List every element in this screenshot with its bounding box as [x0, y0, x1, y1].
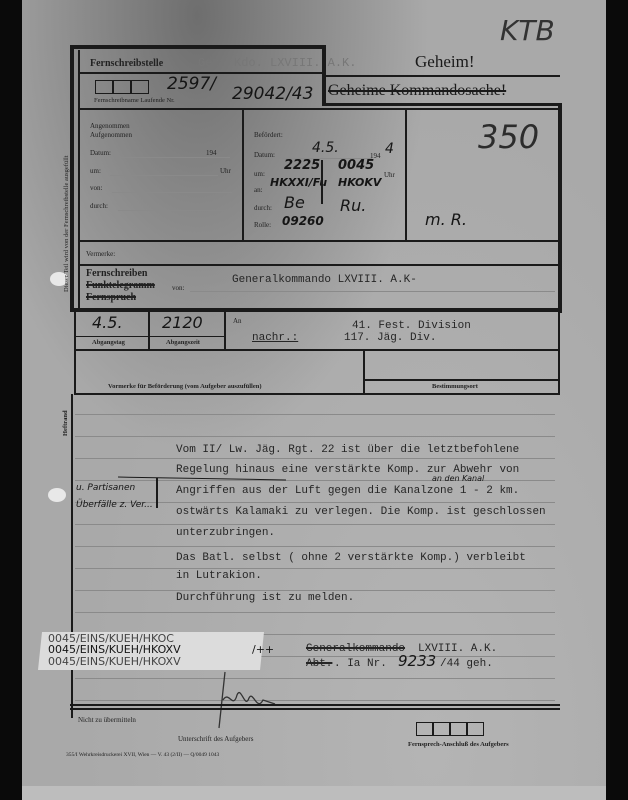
forwarded-to-2: HKOKV [338, 176, 381, 189]
forwarded-year-value: 4 [385, 141, 394, 157]
telex-box [95, 80, 113, 94]
received-year-prefix: 194 [206, 149, 217, 157]
sig-line-2-suffix: /44 geh. [440, 658, 493, 670]
body-line: ostwärts Kalamaki zu verlegen. Die Komp.… [176, 506, 546, 518]
body-line: in Lutrakion. [176, 570, 262, 582]
forwarded-time-2: 0045 [338, 158, 374, 173]
margin-note-line-2: Überfälle z. Ver... [76, 500, 153, 510]
destination-label: Bestimmungsort [432, 383, 478, 390]
forwarded-by-1: Be [284, 193, 305, 212]
dispatch-cc-label: nachr.: [252, 332, 298, 344]
type-option-funktelegramm: Funktelegramm [86, 280, 155, 291]
forwarded-to-1: HKXXI/Fu [270, 176, 327, 189]
type-option-fernspruch: Fernspruch [86, 292, 136, 303]
classification-struck: Geheime Kommandosache! [328, 82, 506, 100]
running-number: 2597/ [167, 74, 216, 94]
station-label: Fernschreibstelle [90, 58, 163, 69]
body-line: Vom II/ Lw. Jäg. Rgt. 22 ist über die le… [176, 444, 519, 456]
stamp-initials: m. R. [425, 210, 467, 229]
dispatch-time-value: 2120 [162, 313, 203, 332]
station-value: Gen. Kdo. LXVIII. A.K. [198, 56, 356, 70]
forwarded-time-label: um: [254, 170, 265, 178]
remarks-label: Vermerke: [86, 250, 115, 258]
received-time-label: um: [90, 167, 101, 175]
print-note: 355/I Wehrkreisdruckerei XVII, Wien — V.… [66, 752, 219, 758]
scan-bottom-strip [22, 786, 606, 800]
forwarded-roll-value: 09260 [282, 214, 324, 228]
from-label: von: [172, 284, 184, 292]
stamp-number: 350 [478, 118, 539, 156]
received-from-label: von: [90, 184, 102, 192]
forwarded-time-1: 2225 [284, 158, 320, 173]
sig-number-handwritten: 9233 [398, 652, 436, 670]
signature-label: Unterschrift des Aufgebers [178, 735, 253, 743]
forwarded-title: Befördert: [254, 131, 283, 139]
sig-line-2-prefix: . Ia Nr. [334, 658, 387, 670]
forwarded-roll-label: Rolle: [254, 221, 271, 229]
forwarded-by-label: durch: [254, 204, 272, 212]
sig-abt-struck: Abt. [306, 658, 332, 670]
recipient-2: 117. Jäg. Div. [344, 332, 436, 344]
received-time-suffix: Uhr [220, 167, 231, 175]
reference-number: 29042/43 [232, 84, 313, 104]
station-note-vertical: Dieser Teil wird von der Fernschreibstel… [63, 155, 70, 292]
telex-box [113, 80, 131, 94]
forwarded-date-label: Datum: [254, 151, 275, 159]
corner-annotation: KTB [500, 14, 555, 47]
forwarded-to-label: an: [254, 186, 263, 194]
phone-box [467, 722, 484, 736]
phone-box [450, 722, 467, 736]
dispatch-to-label: An [233, 317, 242, 325]
received-title-struck: Angenommen [90, 122, 130, 130]
boxes-label: Fernschreibname Laufende Nr. [94, 97, 175, 104]
margin-note-line-1: u. Partisanen [76, 483, 135, 493]
received-title: Aufgenommen [90, 131, 132, 139]
type-option-fernschreiben: Fernschreiben [86, 268, 147, 279]
dispatch-time-label: Abgangszeit [166, 339, 200, 346]
dispatch-day-value: 4.5. [92, 313, 123, 332]
tape-line-3: 0045/EINS/KUEH/HKOXV [48, 655, 181, 668]
not-transmit-label: Nicht zu übermitteln [78, 716, 136, 724]
received-by-label: durch: [90, 202, 108, 210]
phone-box [416, 722, 433, 736]
phone-label: Fernsprech-Anschluß des Aufgebers [408, 741, 509, 748]
phone-box [433, 722, 450, 736]
body-line: unterzubringen. [176, 527, 275, 539]
forwarded-date-value: 4.5. [312, 140, 339, 156]
signature-scribble [205, 670, 295, 730]
body-line: Angriffen aus der Luft gegen die Kanalzo… [176, 485, 519, 497]
forwarding-notes-label: Vormerke für Beförderung (vom Aufgeber a… [108, 383, 262, 390]
punch-hole [48, 488, 66, 502]
binding-edge-label: Heftrand [62, 410, 69, 436]
forwarded-by-2: Ru. [340, 196, 366, 215]
body-line: Durchführung ist zu melden. [176, 592, 354, 604]
telex-box [131, 80, 149, 94]
sig-struck-line: Generalkommando [306, 643, 405, 655]
forwarded-time-suffix: Uhr [384, 171, 395, 179]
classification-current: Geheim! [415, 52, 474, 72]
recipient-1: 41. Fest. Division [352, 320, 471, 332]
from-value: Generalkommando LXVIII. A.K- [232, 274, 417, 286]
handwritten-insert: an den Kanal [432, 474, 484, 483]
received-date-label: Datum: [90, 149, 111, 157]
dispatch-day-label: Abgangstag [92, 339, 125, 346]
body-line: Das Batl. selbst ( ohne 2 verstärkte Kom… [176, 552, 526, 564]
tape-suffix: /++ [252, 643, 274, 656]
